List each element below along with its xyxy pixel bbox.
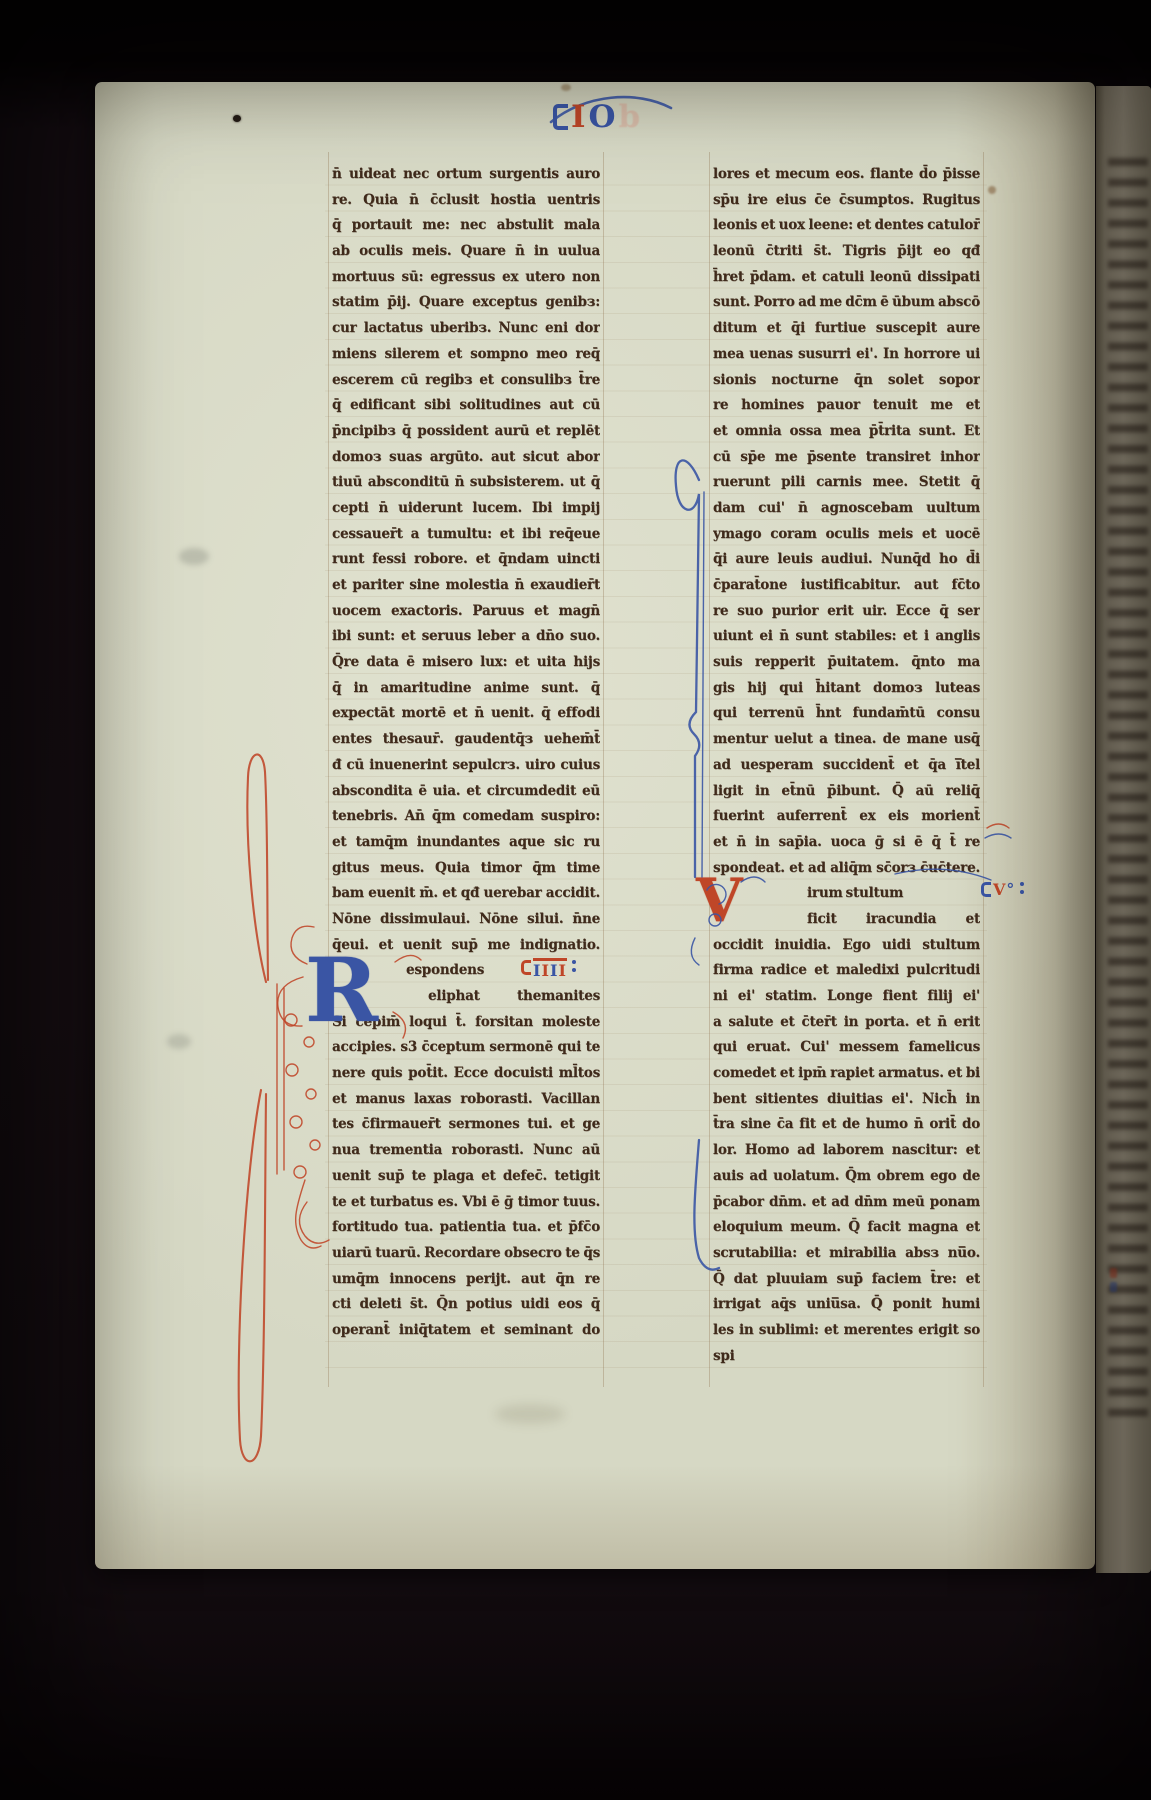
text-line: uocem exactoris. Paruus et magn̄: [332, 599, 600, 625]
text-line: occidit inuidia. Ego uidi stultum: [713, 933, 980, 959]
text-line: operant̄ iniq̄tatem et seminant do: [332, 1318, 600, 1344]
text-line: p̄ncipibз q̄ possident aurū et replēt: [332, 419, 600, 445]
parchment-stain: [988, 186, 996, 194]
chapter-4-marker: IIII: [521, 958, 577, 980]
text-line: escerem cū regibз et consulibз t̄re: [332, 368, 600, 394]
text-line: Q̄ dat pluuiam sup̄ faciem t̄re: et: [713, 1267, 980, 1293]
text-line: irrigat aq̄s uniu̅sa. Q̄ ponit humi: [713, 1292, 980, 1318]
flourish-dots-icon: [571, 958, 577, 976]
text-line: mortuus sū: egressus ex utero non: [332, 265, 600, 291]
text-line: uenit sup̄ te plaga et defec̄. tetigit: [332, 1164, 600, 1190]
text-line: re homines pauor tenuit me et tremor: [713, 393, 980, 419]
text-line: sunt. Porro ad me dc̄m ē ūbum abscō: [713, 290, 980, 316]
text-line: et tamq̄m inundantes aque sic ru: [332, 830, 600, 856]
text-line: uiarū tuarū. Recordare obsecro te q̄s: [332, 1241, 600, 1267]
text-line: n̄ uideat nec ortum surgentis auro: [332, 162, 600, 188]
text-line: c̄parat̄one iustificabitur. aut fc̄to: [713, 573, 980, 599]
running-title-letter-i: I: [571, 102, 586, 132]
photograph-dark-mount: I O b n̄ uideat nec ortum surgentis auro…: [0, 0, 1151, 1800]
text-line: cti deleti s̄t. Q̄n potius uidi eos q̄: [332, 1292, 600, 1318]
text-line: runt fessi robore. et q̄ndam uincti: [332, 547, 600, 573]
text-line: tes c̄firmauer̄t sermones tui. et ge: [332, 1112, 600, 1138]
text-line: Nōne dissimulaui. Nōne silui. n̄ne: [332, 907, 600, 933]
title-paraph-icon: [553, 104, 568, 130]
text-line: tiuū absconditū n̄ subsisterem. ut q̄: [332, 470, 600, 496]
text-line: sp̄u ire eius c̄e c̄sumptos. Rugitus: [713, 188, 980, 214]
text-line: ficit iracundia et paruulum: [713, 907, 980, 933]
text-line: eloquium meum. Q̄ facit magna et: [713, 1215, 980, 1241]
facing-page-rubric-mark: [1110, 1282, 1117, 1292]
text-line: et omnia ossa mea p̄t̄rita sunt. Et: [713, 419, 980, 445]
text-line: q̄i aure leuis audiui. Nunq̄d ho d̄i: [713, 547, 980, 573]
text-line: cessauer̄t a tumultu: et ibi req̄eue: [332, 522, 600, 548]
text-line: ymago coram oculis meis et uocē: [713, 522, 980, 548]
chapter-5-numeral: V°: [993, 880, 1015, 900]
text-line: ibi sunt: et seruus leber a dn̄o suo.: [332, 624, 600, 650]
text-line: irum stultum: [713, 881, 980, 907]
ruling-column-line: [983, 152, 984, 1387]
text-line: nere quis pot̄it. Ecce docuisti ml̄tos: [332, 1061, 600, 1087]
text-line: les in sublimi: et merentes erigit so: [713, 1318, 980, 1344]
parchment-stain: [495, 1404, 565, 1424]
text-line: umq̄m innocens perijt. aut q̄n re: [332, 1267, 600, 1293]
ruling-column-line: [328, 152, 329, 1387]
facing-page-rubric-mark: [1110, 1268, 1117, 1278]
text-line: ligit in et̄nū p̄ibunt. Q̄ aū reliq̄: [713, 779, 980, 805]
text-line: fortitudo tua. patientia tua. et p̄fc̄o: [332, 1215, 600, 1241]
column-left: n̄ uideat nec ortum surgentis aurore. Qu…: [332, 162, 600, 1344]
text-line: a salute et c̄ter̄t in porta. et n̄ erit: [713, 1010, 980, 1036]
text-line: re. Quia n̄ c̄clusit hostia uentris: [332, 188, 600, 214]
text-line: gitus meus. Quia timor q̄m time: [332, 856, 600, 882]
text-line: h̄ret p̄dam. et catuli leonū dissipati: [713, 265, 980, 291]
paraph-icon: [981, 882, 991, 897]
text-line: entes thesaur̄. gaudentq̄з uehem̄t̄: [332, 727, 600, 753]
text-line: qui eruat. Cui' messem famelicus: [713, 1035, 980, 1061]
text-line: eliphat themanites dixit.: [332, 984, 600, 1010]
ink-dot: [233, 115, 241, 122]
text-line: suis repperit p̄uitatem. q̄nto ma: [713, 650, 980, 676]
parchment-stain: [167, 1034, 191, 1049]
chapter-5-marker: V°: [981, 880, 1025, 902]
text-line: Q̄re data ē misero lux: et uita hijs: [332, 650, 600, 676]
text-line: fuerint auferrent̄ ex eis morient̄: [713, 804, 980, 830]
running-title-letter-ghost: b: [619, 102, 641, 132]
text-line: ad uesperam succident̄ et q̄a i̅tel: [713, 753, 980, 779]
text-line: et n̄ in sap̄ia. uoca ḡ si ē q̄ t̄ re: [713, 830, 980, 856]
text-line: accipies. s3 c̄ceptum sermonē qui te: [332, 1035, 600, 1061]
text-line: expectāt mortē et n̄ uenit. q̄ effodi: [332, 701, 600, 727]
running-title: I O b: [545, 88, 675, 140]
parchment-stain: [179, 548, 209, 565]
text-line: ruerunt pili carnis mee. Stetit q̄: [713, 470, 980, 496]
text-line: scrutabilia: et mirabilia absз nu̅o.: [713, 1241, 980, 1267]
text-line: bam euenit m̄. et qđ uerebar accidit.: [332, 881, 600, 907]
text-line: comedet et ipm̄ rapiet armatus. et bi: [713, 1061, 980, 1087]
text-line: te et turbatus es. Vbi ē ḡ timor tuus.: [332, 1190, 600, 1216]
text-line: nua trementia roborasti. Nunc aū: [332, 1138, 600, 1164]
text-line: domoз suas argūto. aut sicut abor: [332, 445, 600, 471]
facing-page-edge: [1096, 86, 1151, 1573]
text-line: dam cui' n̄ agnoscebam uultum: [713, 496, 980, 522]
text-line: đ cū inuenerint sepulcrз. uiro cuius: [332, 753, 600, 779]
text-line: mentur uelut a tinea. de mane usq̄: [713, 727, 980, 753]
text-line: leonū c̄triti s̄t. Tigris p̄ijt eo qđ: [713, 239, 980, 265]
text-line: q̄ portauit me: nec abstulit mala: [332, 213, 600, 239]
text-line: statim p̄ij. Quare exceptus genibз:: [332, 290, 600, 316]
text-line: cū sp̄e me p̄sente transiret inhor: [713, 445, 980, 471]
text-line: cur lactatus uberibз. Nunc eni dor: [332, 316, 600, 342]
text-line: qui terrenū h̄nt fundam̄tū consu: [713, 701, 980, 727]
text-line: tenebris. An̄ q̄m comedam suspiro:: [332, 804, 600, 830]
text-line: uiunt ei n̄ sunt stabiles: et i anglis: [713, 624, 980, 650]
text-line: q̄eui. et uenit sup̄ me indignatio.: [332, 933, 600, 959]
text-line: et manus laxas roborasti. Vacillan: [332, 1087, 600, 1113]
text-line: mea uenas susurri ei'. In horrore ui: [713, 342, 980, 368]
text-line: spi: [713, 1344, 980, 1370]
text-line: p̄cabor dn̄m. et ad dn̄m meū ponam: [713, 1190, 980, 1216]
text-line: q̄ edificant sibi solitudines aut cū: [332, 393, 600, 419]
facing-page-blurred-text: [1108, 158, 1148, 1428]
text-line: spondeat. et ad aliq̄m sc̄orз c̄uc̄tere.: [713, 856, 980, 882]
text-line: abscondita ē uia. et circumdedit eū: [332, 779, 600, 805]
running-title-letter-o: O: [589, 102, 616, 132]
text-line: leonis et uox leene: et dentes catulor̄: [713, 213, 980, 239]
text-line: sionis nocturne q̄n solet sopor occupa: [713, 368, 980, 394]
text-line: t̄ra sine c̄a fit et de humo n̄ orit̄ do: [713, 1112, 980, 1138]
text-line: ab oculis meis. Quare n̄ in uulua: [332, 239, 600, 265]
ruling-column-line: [709, 152, 710, 1387]
text-line: cepti n̄ uiderunt lucem. Ibi impij: [332, 496, 600, 522]
paraph-icon: [521, 960, 531, 975]
manuscript-page: I O b n̄ uideat nec ortum surgentis auro…: [95, 82, 1095, 1569]
text-line: et pariter sine molestia n̄ exaudier̄t: [332, 573, 600, 599]
text-line: q̄ in amaritudine anime sunt. q̄: [332, 676, 600, 702]
text-line: ni ei' statim. Longe fient filij ei': [713, 984, 980, 1010]
text-line: Si cepim̄ loqui t̄. forsitan moleste: [332, 1010, 600, 1036]
text-line: lor. Homo ad laborem nascitur: et: [713, 1138, 980, 1164]
chapter-4-numeral: IIII: [533, 958, 567, 981]
text-line: gis hij qui h̄itant domoз luteas: [713, 676, 980, 702]
text-line: miens silerem et sompno meo req̄: [332, 342, 600, 368]
ruling-column-line: [603, 152, 604, 1387]
text-line: auis ad uolatum. Q̄m obrem ego de: [713, 1164, 980, 1190]
text-line: lores et mecum eos. flante d̄o p̄isse: [713, 162, 980, 188]
column-right: lores et mecum eos. flante d̄o p̄issesp̄…: [713, 162, 980, 1369]
text-line: firma radice et maledixi pulcritudi: [713, 958, 980, 984]
flourish-dots-icon: [1019, 880, 1025, 898]
text-line: ditum et q̄i furtiue suscepit aure: [713, 316, 980, 342]
text-line: bent sitientes diuitias ei'. Nich̄ in: [713, 1087, 980, 1113]
text-line: re suo purior erit uir. Ecce q̄ ser: [713, 599, 980, 625]
